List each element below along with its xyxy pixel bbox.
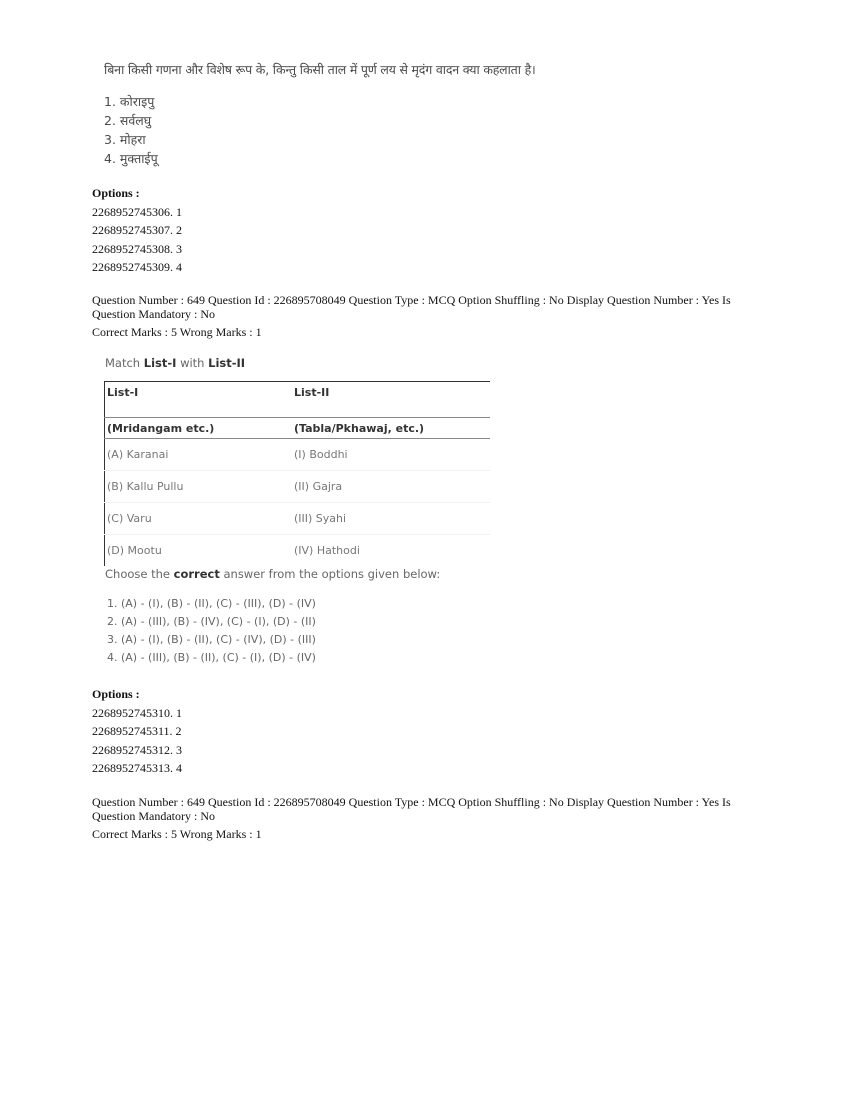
table-row: (B) Kallu Pullu (II) Gajra bbox=[105, 471, 491, 503]
answer-item: 1. (A) - (I), (B) - (II), (C) - (III), (… bbox=[107, 595, 316, 613]
choice-item: 2. सर्वलघु bbox=[104, 111, 158, 130]
choose-bold: correct bbox=[174, 567, 220, 581]
options-block: Options : 2268952745306. 1 2268952745307… bbox=[92, 184, 182, 277]
option-id: 2268952745307. 2 bbox=[92, 221, 182, 240]
table-subheader-row: (Mridangam etc.) (Tabla/Pkhawaj, etc.) bbox=[105, 418, 491, 439]
choose-suffix: answer from the options given below: bbox=[220, 567, 440, 581]
table-cell: (IV) Hathodi bbox=[292, 535, 490, 567]
answer-choices: 1. (A) - (I), (B) - (II), (C) - (III), (… bbox=[107, 595, 316, 667]
question-metadata: Question Number : 649 Question Id : 2268… bbox=[92, 293, 772, 339]
metadata-line: Question Mandatory : No bbox=[92, 307, 772, 321]
choose-instruction: Choose the correct answer from the optio… bbox=[105, 567, 440, 581]
table-cell: (C) Varu bbox=[105, 503, 293, 535]
choice-item: 1. कोराइपु bbox=[104, 92, 158, 111]
table-subheader-cell: (Tabla/Pkhawaj, etc.) bbox=[292, 418, 490, 439]
table-header-row: List-I List-II bbox=[105, 382, 491, 418]
table-row: (C) Varu (III) Syahi bbox=[105, 503, 491, 535]
question-metadata: Question Number : 649 Question Id : 2268… bbox=[92, 795, 772, 841]
metadata-line: Question Mandatory : No bbox=[92, 809, 772, 823]
table-row: (D) Mootu (IV) Hathodi bbox=[105, 535, 491, 567]
option-id: 2268952745312. 3 bbox=[92, 741, 182, 760]
option-id: 2268952745306. 1 bbox=[92, 203, 182, 222]
choose-prefix: Choose the bbox=[105, 567, 174, 581]
option-id: 2268952745311. 2 bbox=[92, 722, 182, 741]
options-block: Options : 2268952745310. 1 2268952745311… bbox=[92, 685, 182, 778]
options-label: Options : bbox=[92, 685, 182, 704]
match-prefix: Match bbox=[105, 356, 144, 370]
metadata-line: Question Number : 649 Question Id : 2268… bbox=[92, 795, 772, 809]
table-cell: (I) Boddhi bbox=[292, 439, 490, 471]
question-choices: 1. कोराइपु 2. सर्वलघु 3. मोहरा 4. मुक्ता… bbox=[104, 92, 158, 168]
table-header-cell: List-I bbox=[105, 382, 293, 418]
table-cell: (II) Gajra bbox=[292, 471, 490, 503]
match-list2: List-II bbox=[208, 356, 245, 370]
match-list1: List-I bbox=[144, 356, 177, 370]
table-cell: (A) Karanai bbox=[105, 439, 293, 471]
option-id: 2268952745310. 1 bbox=[92, 704, 182, 723]
option-id: 2268952745313. 4 bbox=[92, 759, 182, 778]
marks-line: Correct Marks : 5 Wrong Marks : 1 bbox=[92, 325, 772, 339]
choice-item: 4. मुक्ताईपू bbox=[104, 149, 158, 168]
options-label: Options : bbox=[92, 184, 182, 203]
option-id: 2268952745308. 3 bbox=[92, 240, 182, 259]
marks-line: Correct Marks : 5 Wrong Marks : 1 bbox=[92, 827, 772, 841]
table-cell: (D) Mootu bbox=[105, 535, 293, 567]
answer-item: 3. (A) - (I), (B) - (II), (C) - (IV), (D… bbox=[107, 631, 316, 649]
match-with: with bbox=[176, 356, 208, 370]
question-text-hindi: बिना किसी गणना और विशेष रूप के, किन्तु क… bbox=[104, 61, 536, 78]
table-cell: (III) Syahi bbox=[292, 503, 490, 535]
answer-item: 2. (A) - (III), (B) - (IV), (C) - (I), (… bbox=[107, 613, 316, 631]
match-instruction: Match List-I with List-II bbox=[105, 356, 245, 370]
table-cell: (B) Kallu Pullu bbox=[105, 471, 293, 503]
answer-item: 4. (A) - (III), (B) - (II), (C) - (I), (… bbox=[107, 649, 316, 667]
table-subheader-cell: (Mridangam etc.) bbox=[105, 418, 293, 439]
table-header-cell: List-II bbox=[292, 382, 490, 418]
match-table: List-I List-II (Mridangam etc.) (Tabla/P… bbox=[104, 381, 490, 566]
option-id: 2268952745309. 4 bbox=[92, 258, 182, 277]
metadata-line: Question Number : 649 Question Id : 2268… bbox=[92, 293, 772, 307]
choice-item: 3. मोहरा bbox=[104, 130, 158, 149]
table-row: (A) Karanai (I) Boddhi bbox=[105, 439, 491, 471]
